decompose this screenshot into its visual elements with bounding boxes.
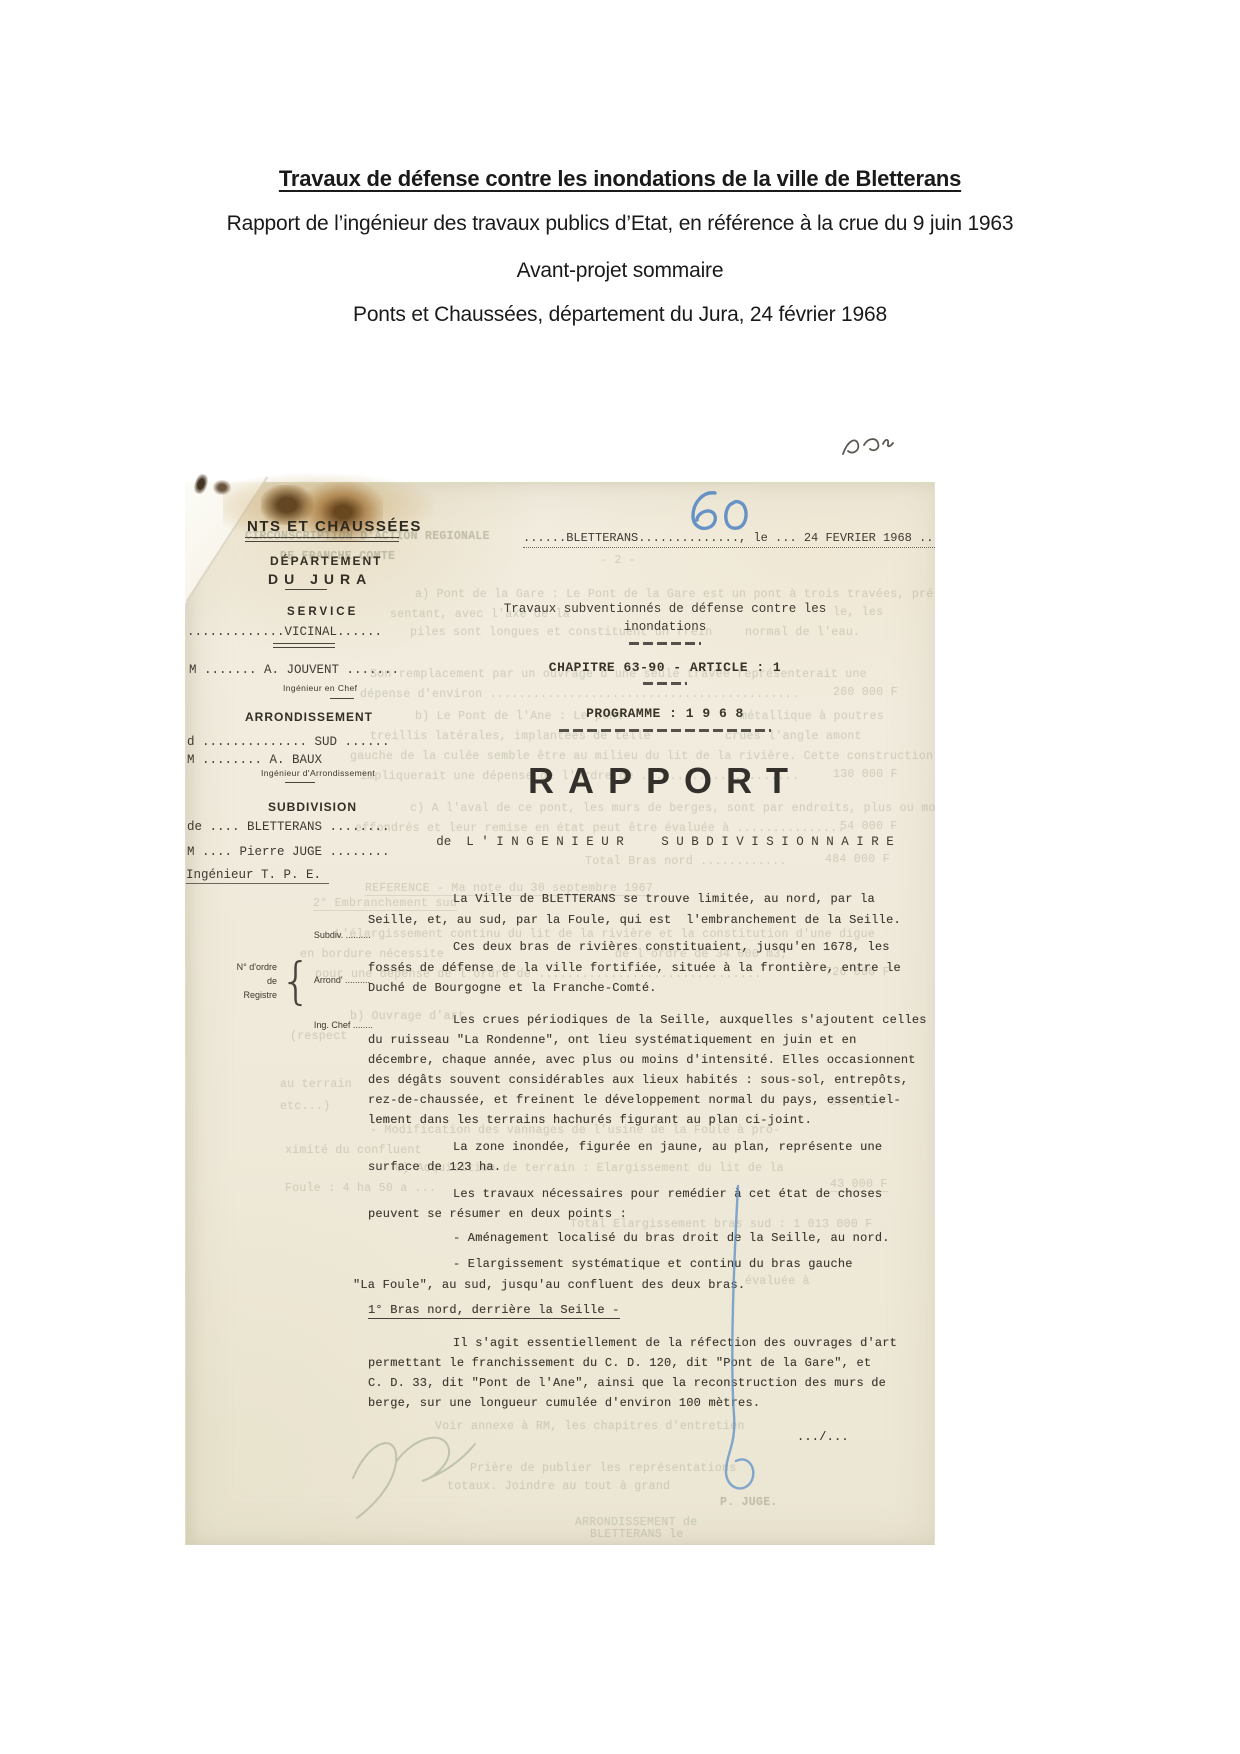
- subtitle-project-line: Avant-projet sommaire: [0, 259, 1240, 283]
- document-page: Travaux de défense contre les inondation…: [0, 0, 1240, 1754]
- pencil-signature: [185, 430, 935, 1545]
- subtitle-report-line: Rapport de l’ingénieur des travaux publi…: [0, 212, 1240, 236]
- scanned-report: ......BLETTERANS.............., le ... 2…: [185, 430, 935, 1545]
- page-title: Travaux de défense contre les inondation…: [0, 166, 1240, 192]
- subtitle-date-line: Ponts et Chaussées, département du Jura,…: [0, 303, 1240, 327]
